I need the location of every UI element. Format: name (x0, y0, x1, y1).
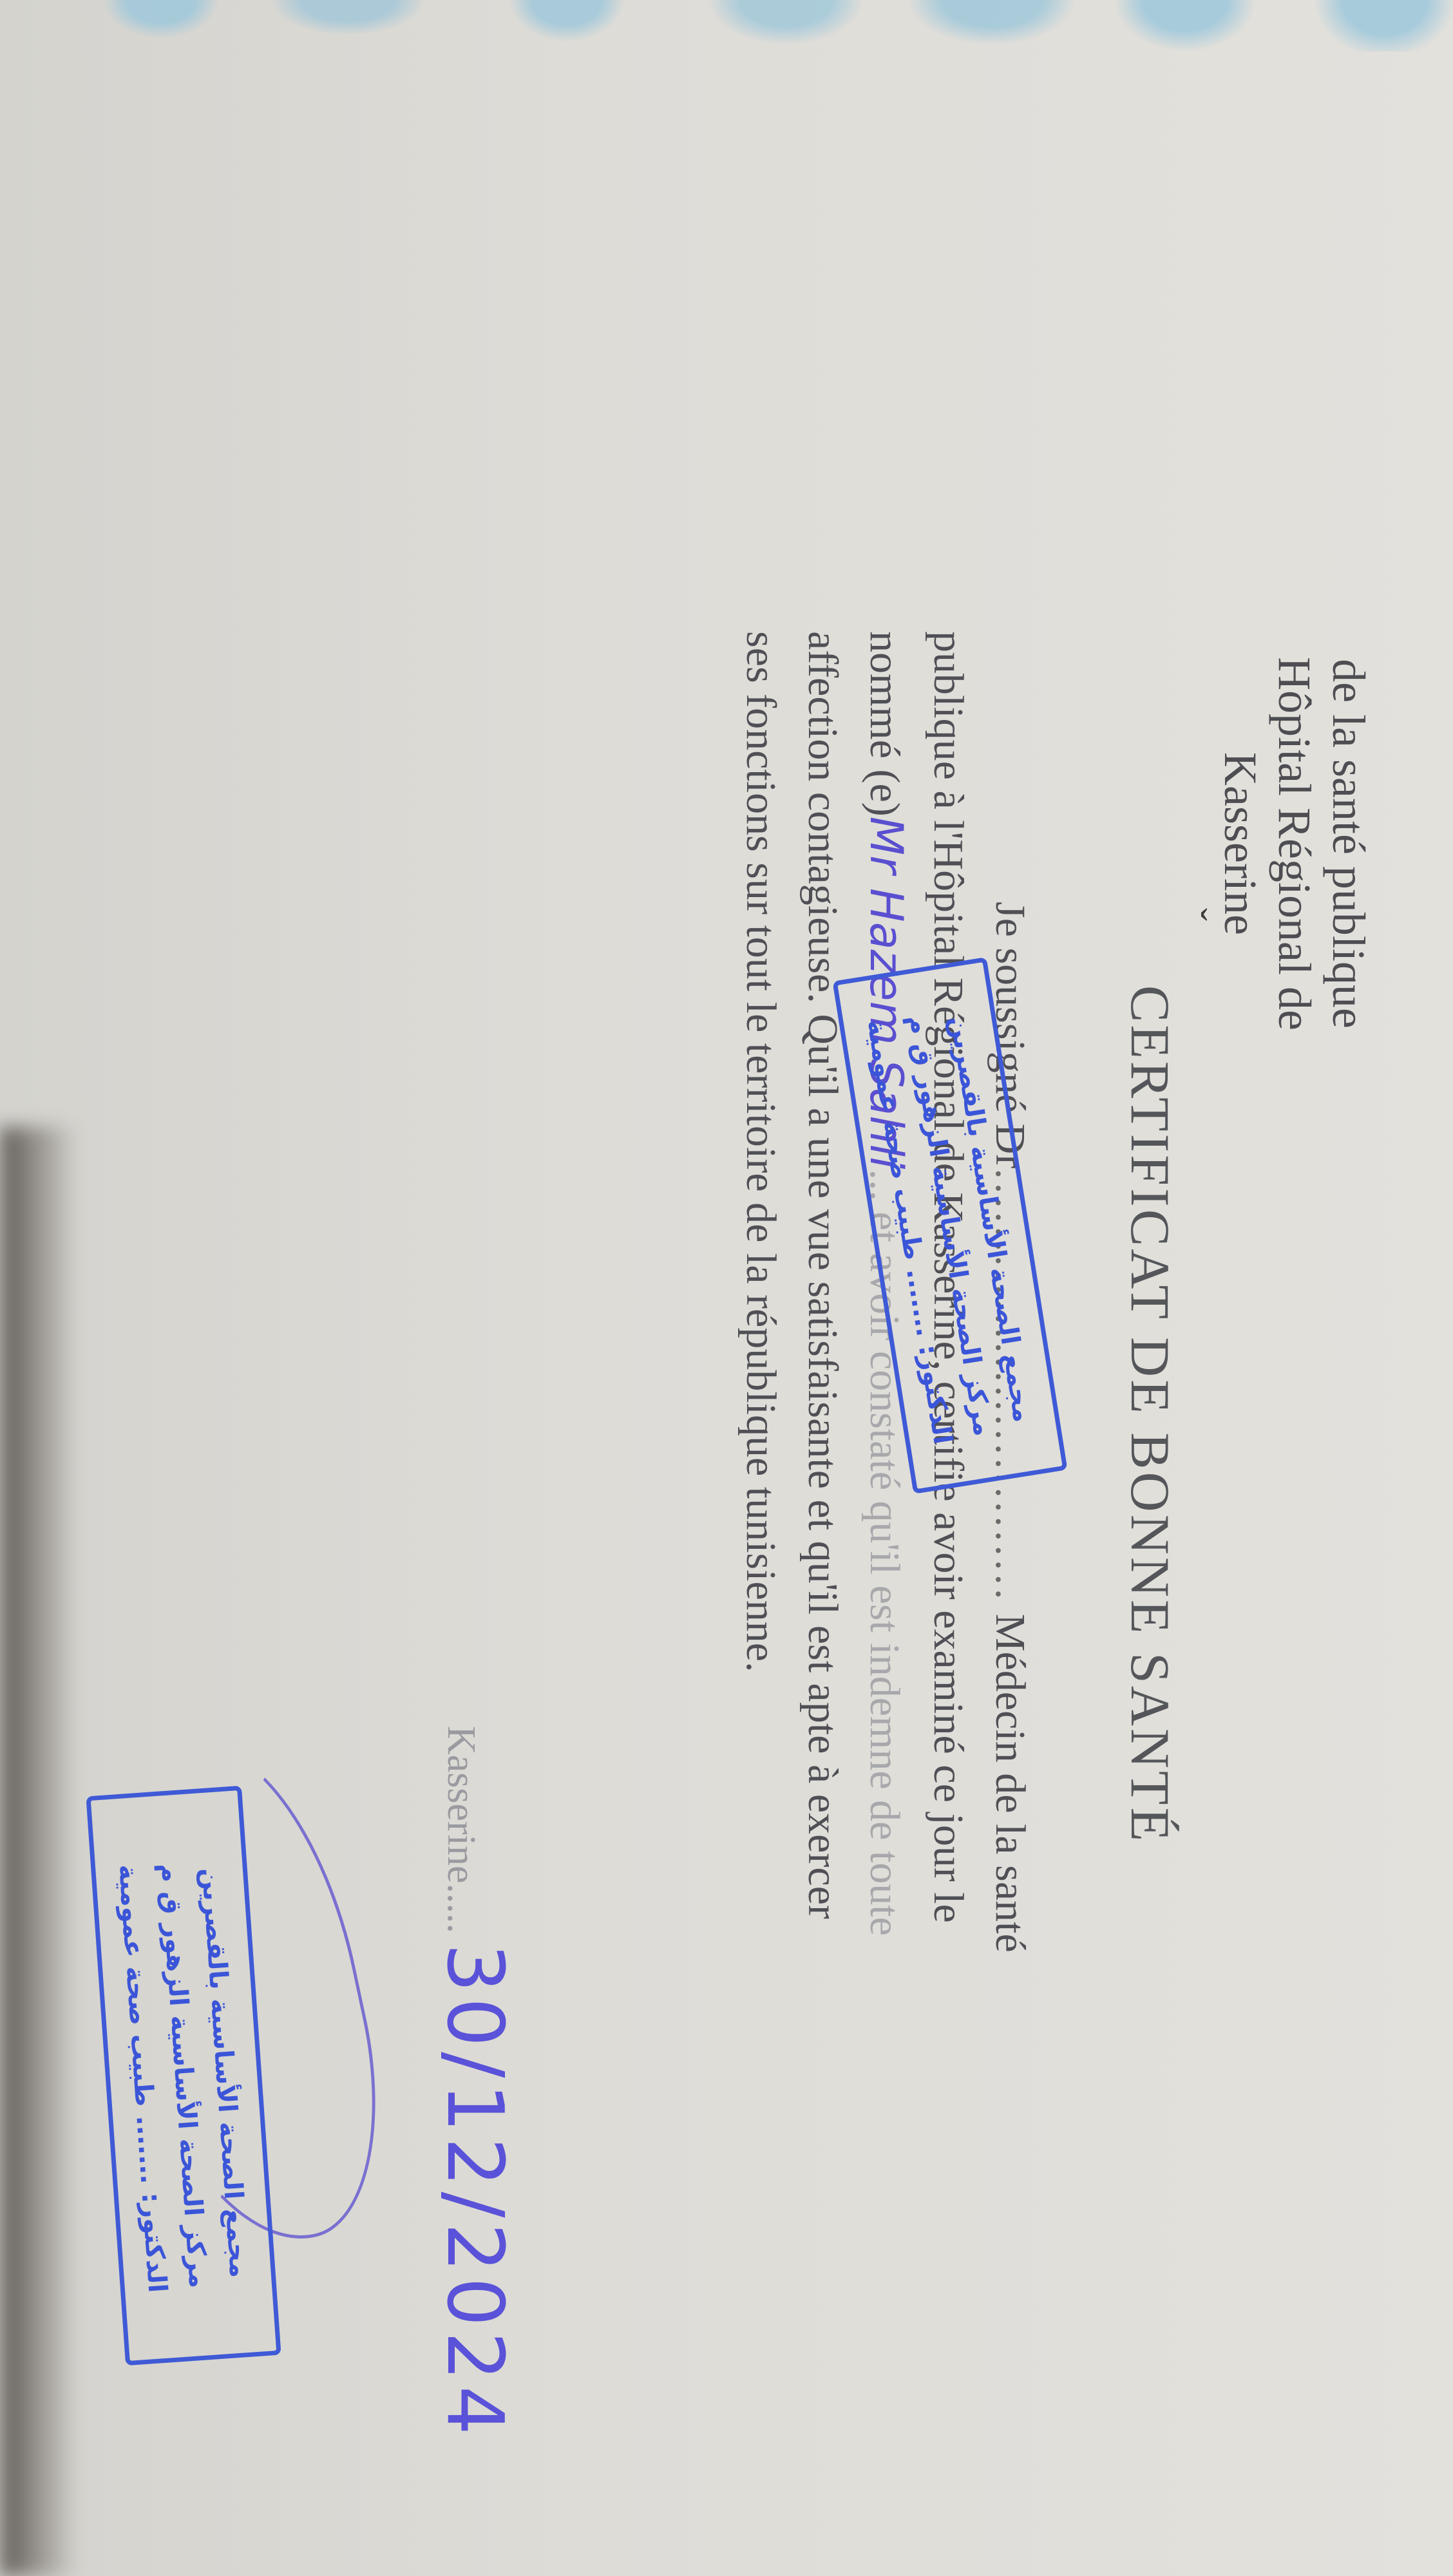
date-line: Kasserine..... 30/12/2024 (430, 1726, 519, 2440)
handwritten-date: 30/12/2024 (430, 1943, 519, 2440)
body-line-3: nommé (e)Mr Hazem Sahli... et avoir cons… (853, 631, 917, 2460)
header-line-hospital: Hôpital Régional de (1268, 618, 1322, 1069)
body-line-5: ses fonctions sur tout le territoire de … (730, 631, 792, 2460)
certificate-document: de la santé publique Hôpital Régional de… (0, 0, 1453, 2576)
header-line-ministry: de la santé publique (1322, 618, 1376, 1069)
body-line-2: publique à l'Hôpital Régional de Kasseri… (917, 631, 979, 2460)
body-line-1: Je soussigné Dr.........................… (979, 631, 1041, 2460)
header-line-city: Kasserine (1213, 618, 1268, 1069)
certificate-title: CERTIFICAT DE BONNE SANTÉ (1118, 985, 1182, 1844)
check-mark-icon: ˇ (1170, 908, 1215, 921)
date-place: Kasserine..... (439, 1726, 483, 1933)
body-line-4: affection contagieuse. Qu'il a une vue s… (792, 631, 853, 2460)
institution-header: de la santé publique Hôpital Régional de… (1213, 618, 1376, 1069)
certificate-body: Je soussigné Dr.........................… (730, 631, 1041, 2460)
